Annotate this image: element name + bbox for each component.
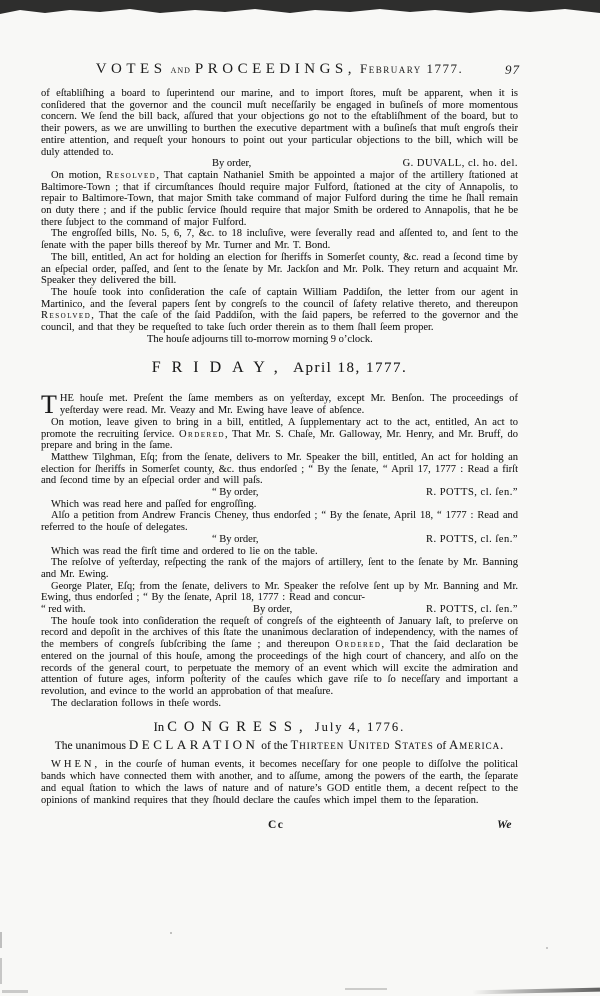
journal-title-month: February 1777. — [360, 61, 463, 76]
text-segment: Ordered — [335, 639, 381, 650]
text-segment: Alſo a petition from Andrew Francis Chen… — [41, 510, 518, 533]
scan-speck — [546, 947, 548, 949]
congress-heading: In CONGRESS, July 4, 1776. — [41, 720, 518, 736]
paragraph-tilghman-delivers: Matthew Tilghman, Eſq; from the ſenate, … — [41, 452, 518, 487]
attestation-potts-3-left: “ red with. — [41, 604, 86, 616]
attestation-duvall-right: G. DUVALL, cl. ho. del. — [403, 158, 518, 170]
scan-edge-mark — [0, 958, 2, 984]
paragraph-plater-delivers: George Plater, Eſq; from the ſenate, del… — [41, 581, 518, 604]
paragraph-passed-engrossing: Which was read here and paſſed for engro… — [41, 499, 518, 511]
text-segment: The engroſſed bills, No. 5, 6, 7, &c. to… — [41, 228, 518, 251]
attestation-potts-2-right: R. POTTS, cl. ſen.” — [426, 534, 518, 546]
scan-smudge-bottom-right — [472, 988, 600, 995]
catchword: We — [497, 819, 511, 831]
attestation-potts-1-right: R. POTTS, cl. ſen.” — [426, 487, 518, 499]
text-segment: of — [434, 740, 449, 752]
attestation-potts-2-mid: “ By order, — [212, 534, 259, 546]
page-footer: Cc We — [41, 819, 518, 832]
text-segment: July 4, 1776. — [310, 720, 406, 734]
text-segment: The houſe took into conſideration the ca… — [41, 287, 518, 310]
scan-speck — [170, 932, 172, 934]
text-segment: of eſtabliſhing a board to ſuperintend o… — [41, 88, 518, 158]
text-segment: The declaration follows in theſe words. — [51, 698, 221, 709]
journal-title-votes: VOTES — [96, 61, 167, 77]
paragraph-declaration-follows: The declaration follows in theſe words. — [41, 698, 518, 710]
paragraph-house-met: THE houſe met. Preſent the ſame members … — [41, 393, 518, 416]
text-segment: The reſolve of yeſterday, reſpecting the… — [41, 557, 518, 580]
paragraph-board-establishment: of eſtabliſhing a board to ſuperintend o… — [41, 88, 518, 158]
declaration-heading: The unanimous DECLARATION of the Thirtee… — [41, 738, 518, 753]
paragraph-resolved-smith: On motion, Resolved, That captain Nathan… — [41, 170, 518, 229]
attestation-potts-1-mid: “ By order, — [212, 487, 259, 499]
text-segment: The unanimous — [55, 740, 129, 752]
text-segment: Which was read here and paſſed for engro… — [51, 499, 256, 510]
text-segment: Ordered — [179, 429, 225, 440]
paragraph-sheriffs-bill: The bill, entitled, An act for holding a… — [41, 252, 518, 287]
attestation-potts-1: “ By order,R. POTTS, cl. ſen.” — [41, 487, 518, 499]
drop-cap: T — [41, 393, 60, 415]
paragraph-when: WHEN, in the courſe of human events, it … — [41, 759, 518, 806]
session-heading-friday: FRIDAY, April 18, 1777. — [41, 358, 518, 378]
attestation-duvall-mid: By order, — [212, 158, 251, 170]
paragraph-cheney-petition: Alſo a petition from Andrew Francis Chen… — [41, 510, 518, 533]
text-segment: Resolved — [106, 170, 156, 181]
scan-top-edge — [0, 0, 600, 16]
scanned-document-page: { "header": { "word1": "VOTES", "and": "… — [0, 0, 600, 996]
text-segment: FRIDAY, — [152, 359, 289, 376]
attestation-potts-3-right: R. POTTS, cl. ſen.” — [426, 604, 518, 616]
paragraph-paddison-case: The houſe took into conſideration the ca… — [41, 287, 518, 334]
text-segment: George Plater, Eſq; from the ſenate, del… — [41, 581, 518, 604]
text-segment: Thirteen United States — [291, 738, 434, 752]
text-segment: HE houſe met. Preſent the ſame members a… — [60, 393, 518, 416]
text-segment: In — [154, 720, 168, 734]
paragraph-recruiting-bill: On motion, leave given to bring in a bil… — [41, 417, 518, 452]
paragraph-declaration-order: The houſe took into conſideration the re… — [41, 616, 518, 698]
text-segment: On motion, — [51, 170, 106, 181]
text-segment: April 18, 1777. — [289, 360, 408, 376]
page-number: 97 — [505, 62, 520, 78]
scan-smudge-bottom-middle — [345, 988, 387, 990]
paragraph-lie-on-table: Which was read the firſt time and ordere… — [41, 546, 518, 558]
page-content: of eſtabliſhing a board to ſuperintend o… — [41, 88, 518, 806]
attestation-duvall: By order,G. DUVALL, cl. ho. del. — [41, 158, 518, 170]
text-segment: in the courſe of human events, it become… — [41, 759, 518, 805]
text-segment: Resolved — [41, 310, 91, 321]
scan-smudge-bottom-left — [2, 990, 28, 993]
journal-title-and: and — [171, 64, 191, 76]
text-segment: CONGRESS, — [167, 719, 309, 735]
journal-title-proceedings: PROCEEDINGS, — [195, 61, 356, 77]
signature-mark: Cc — [268, 819, 284, 831]
text-segment: The bill, entitled, An act for holding a… — [41, 252, 518, 286]
page-body: VOTES and PROCEEDINGS, February 1777. 97… — [41, 60, 518, 832]
text-segment: Matthew Tilghman, Eſq; from the ſenate, … — [41, 452, 518, 486]
attestation-potts-2: “ By order,R. POTTS, cl. ſen.” — [41, 534, 518, 546]
text-segment: , That the caſe of the ſaid Paddiſon, wi… — [41, 310, 518, 333]
paragraph-artillery-resolve: The reſolve of yeſterday, reſpecting the… — [41, 557, 518, 580]
text-segment: America. — [449, 738, 504, 752]
scan-edge-mark — [0, 932, 2, 948]
attestation-potts-3: “ red with.By order,R. POTTS, cl. ſen.” — [41, 604, 518, 616]
adjournment-line: The houſe adjourns till to-morrow mornin… — [41, 334, 518, 346]
text-segment: The houſe adjourns till to-morrow mornin… — [147, 334, 373, 345]
paragraph-engrossed-bills: The engroſſed bills, No. 5, 6, 7, &c. to… — [41, 228, 518, 251]
text-segment: Which was read the firſt time and ordere… — [51, 546, 318, 557]
attestation-potts-3-mid: By order, — [253, 604, 292, 616]
text-segment: WHEN, — [51, 759, 100, 770]
page-header: VOTES and PROCEEDINGS, February 1777. 97 — [41, 60, 518, 78]
text-segment: of the — [258, 740, 290, 752]
text-segment: DECLARATION — [129, 737, 259, 752]
